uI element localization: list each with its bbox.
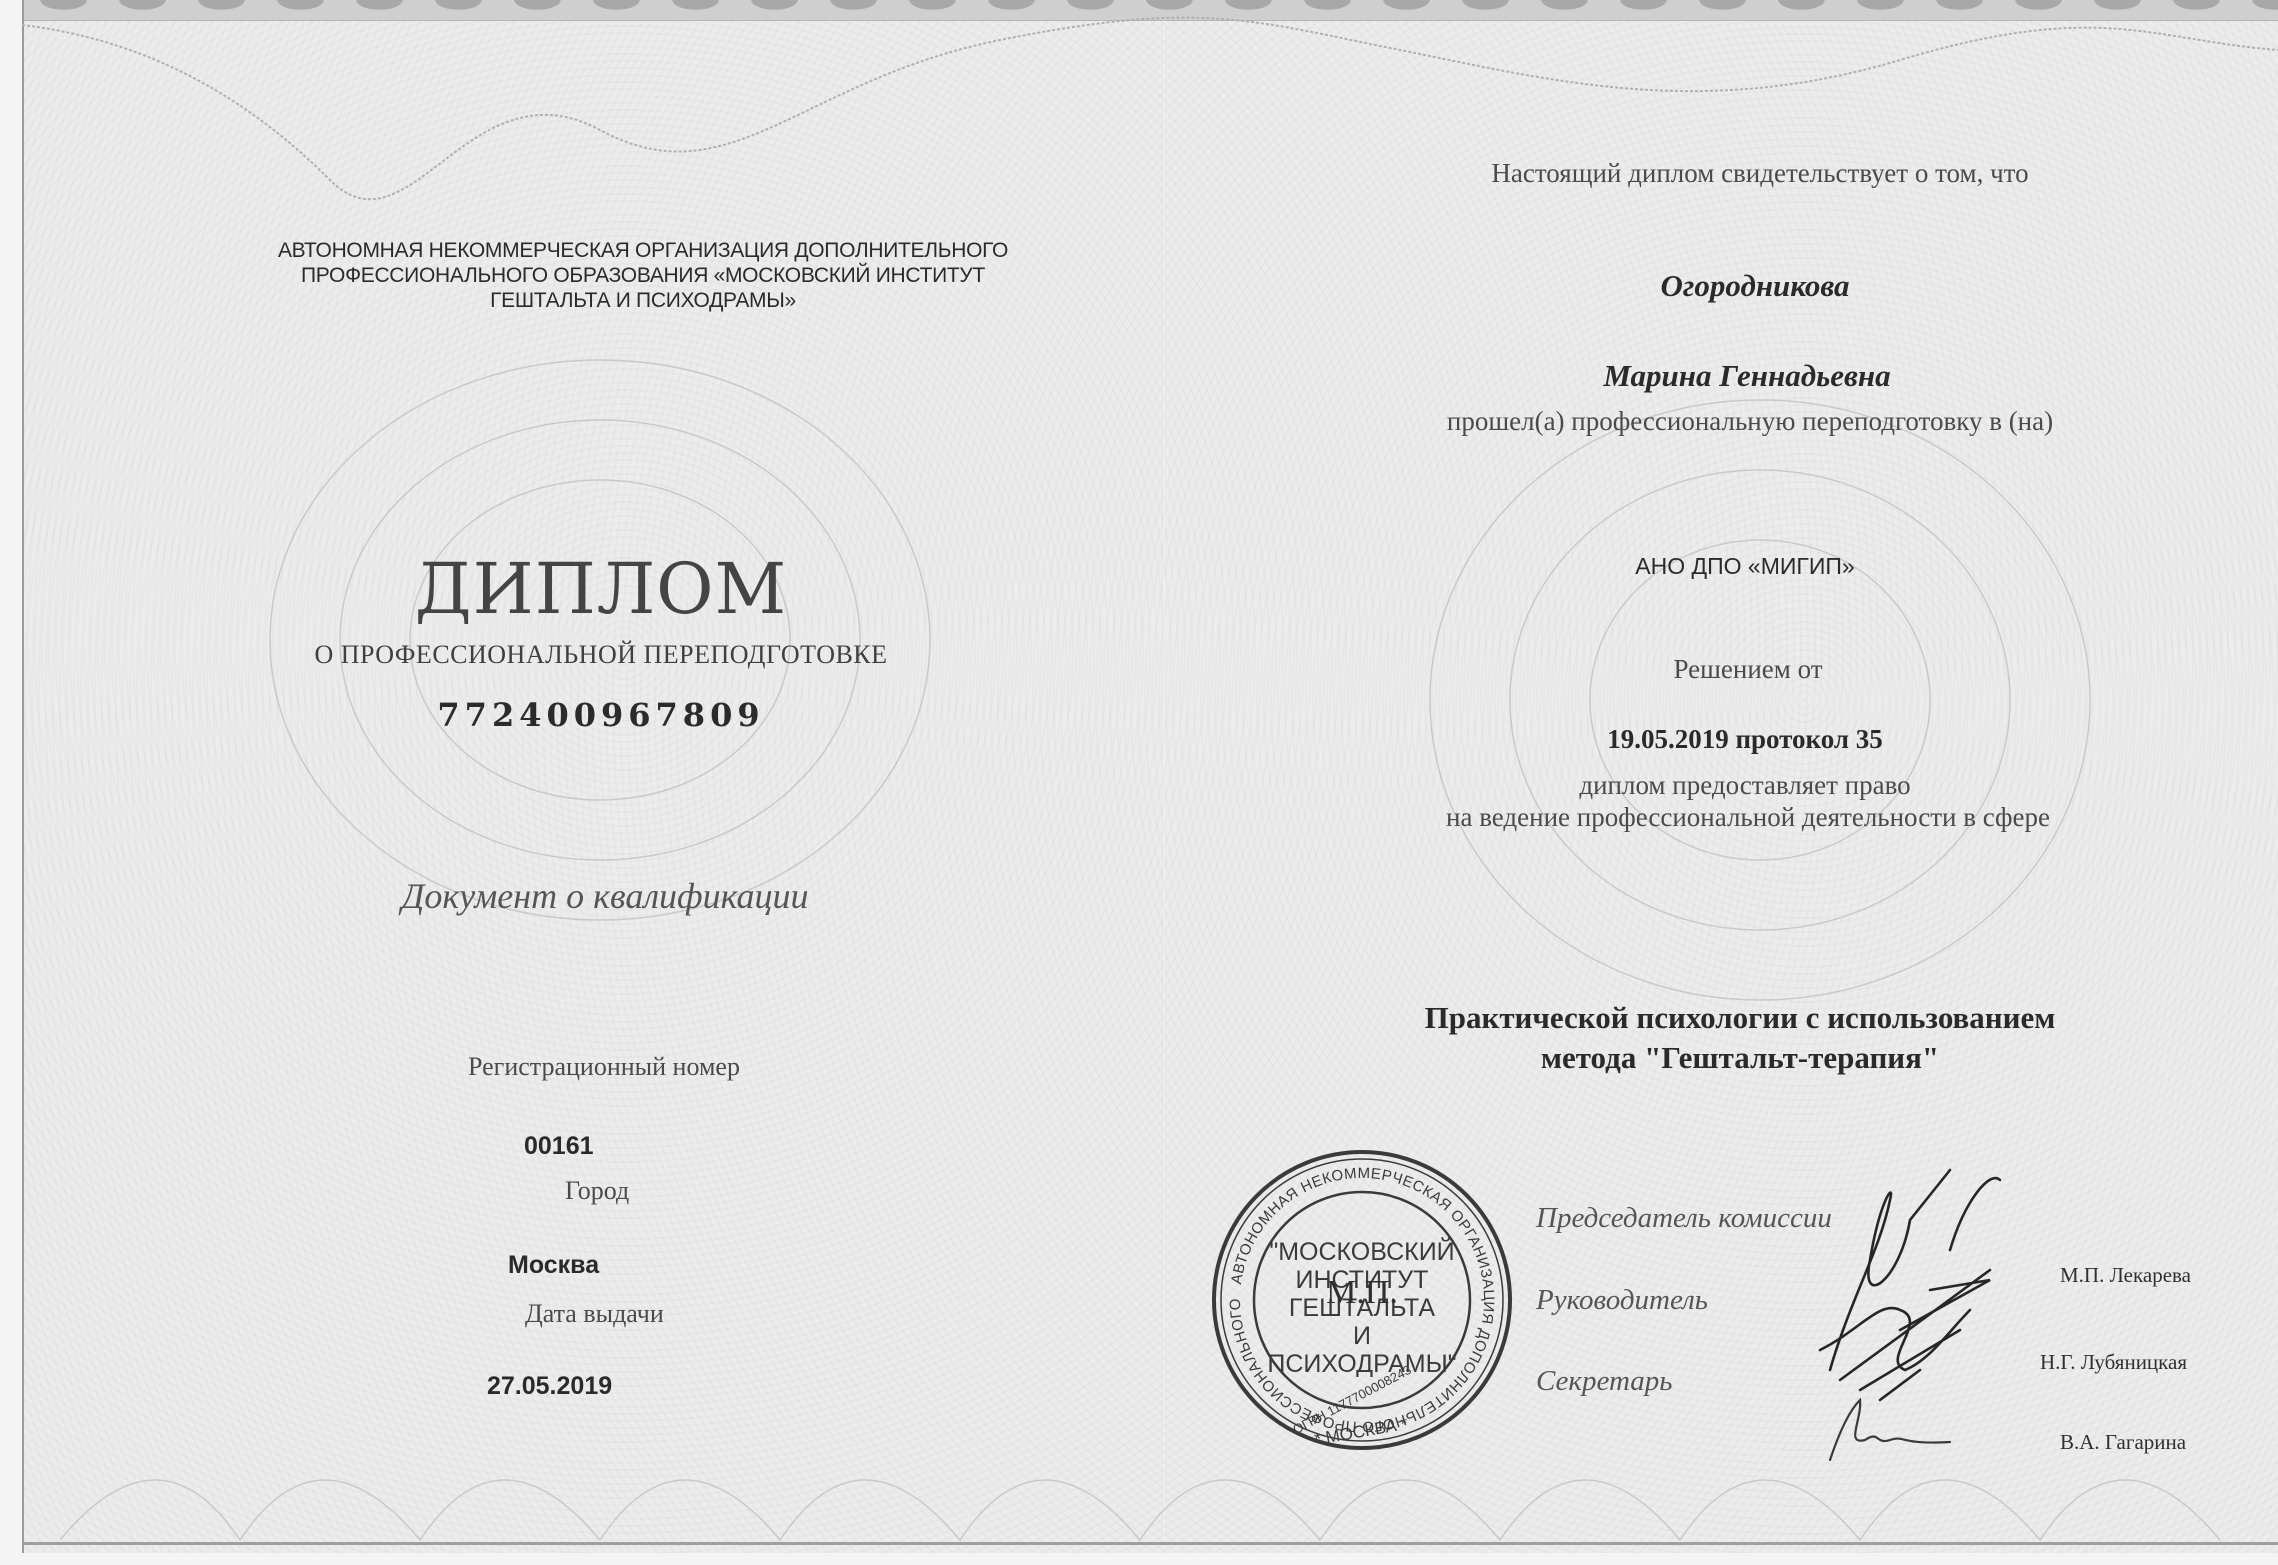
registration-number-label: Регистрационный номер (468, 1052, 740, 1082)
official-seal: АВТОНОМНАЯ НЕКОММЕРЧЕСКАЯ ОРГАНИЗАЦИЯ ДО… (1208, 1146, 1516, 1454)
city-label: Город (565, 1176, 629, 1206)
organization-line: ГЕШТАЛЬТА И ПСИХОДРАМЫ» (278, 288, 1008, 313)
seal-line: "МОСКОВСКИЙ (1208, 1238, 1516, 1266)
bottom-border-line (24, 1542, 2278, 1545)
ornamental-top-border (24, 0, 2278, 21)
diploma-number: 772400967809 (437, 696, 764, 734)
diploma-sheet (22, 0, 2278, 1553)
page-fold (1162, 20, 1164, 1540)
seal-line: ПСИХОДРАМЫ" (1208, 1350, 1516, 1378)
issue-date: 27.05.2019 (487, 1372, 612, 1401)
role-chairman: Председатель комиссии (1536, 1202, 1832, 1235)
document-type: Документ о квалификации (401, 875, 808, 917)
rights-text-line-2: на ведение профессиональной деятельности… (1446, 802, 2050, 833)
specialization-line-2: метода "Гештальт-терапия" (1425, 1038, 2056, 1078)
city-value: Москва (508, 1251, 599, 1280)
recipient-given-names: Марина Геннадьевна (1603, 358, 1890, 394)
organization-line: АВТОНОМНАЯ НЕКОММЕРЧЕСКАЯ ОРГАНИЗАЦИЯ ДО… (278, 238, 1008, 263)
signatory-name-secretary: В.А. Гагарина (2060, 1430, 2186, 1455)
registration-number: 00161 (524, 1132, 594, 1161)
specialization-line-1: Практической психологии с использованием (1425, 998, 2056, 1038)
organization-line: ПРОФЕССИОНАЛЬНОГО ОБРАЗОВАНИЯ «МОСКОВСКИ… (278, 263, 1008, 288)
specialization: Практической психологии с использованием… (1425, 998, 2056, 1078)
recipient-surname: Огородникова (1661, 268, 1850, 304)
rights-text-line-1: диплом предоставляет право (1579, 770, 1910, 801)
signatory-name-chairman: М.П. Лекарева (2060, 1263, 2191, 1288)
diploma-subtitle: О ПРОФЕССИОНАЛЬНОЙ ПЕРЕПОДГОТОВКЕ (314, 640, 887, 670)
signatory-name-director: Н.Г. Лубяницкая (2040, 1350, 2187, 1375)
intro-text: Настоящий диплом свидетельствует о том, … (1491, 158, 2028, 189)
institution-short-name: АНО ДПО «МИГИП» (1635, 553, 1854, 580)
issuing-organization: АВТОНОМНАЯ НЕКОММЕРЧЕСКАЯ ОРГАНИЗАЦИЯ ДО… (278, 238, 1008, 313)
role-director: Руководитель (1536, 1284, 1708, 1317)
issue-date-label: Дата выдачи (525, 1299, 664, 1329)
seal-place-mark: М.П. (1208, 1274, 1516, 1312)
decision-protocol: 19.05.2019 протокол 35 (1607, 724, 1883, 755)
role-secretary: Секретарь (1536, 1365, 1672, 1398)
diploma-title: ДИПЛОМ (415, 548, 787, 630)
seal-line: И (1208, 1322, 1516, 1350)
decision-label: Решением от (1673, 654, 1822, 685)
completed-training-text: прошел(а) профессиональную переподготовк… (1447, 406, 2053, 437)
